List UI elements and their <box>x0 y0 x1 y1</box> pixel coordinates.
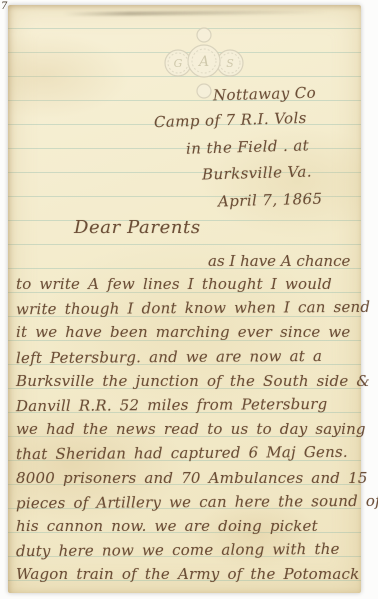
heading-in-the-field: in the Field . at <box>186 136 310 157</box>
body-line: Wagon train of the Army of the Potomack <box>16 565 359 583</box>
salutation: Dear Parents <box>74 217 201 238</box>
opening-line: as I have A chance <box>208 252 350 270</box>
body-line: write though I dont know when I can send <box>16 298 370 318</box>
body-line: left Petersburg. and we are now at a <box>16 347 322 367</box>
body-line: Burksville the junction of the South sid… <box>16 372 370 390</box>
body-line: we had the news read to us to day saying <box>16 420 366 438</box>
body-line: pieces of Artillery we can here the soun… <box>16 492 378 513</box>
heading-town: Burksville Va. <box>202 162 312 183</box>
seal-letter-s: S <box>226 57 234 70</box>
body-line: Danvill R.R. 52 miles from Petersburg <box>16 395 328 415</box>
corner-pencil-mark: 7 <box>1 1 7 12</box>
body-line: his cannon now. we are doing picket <box>16 517 318 535</box>
heading-regiment: Camp of 7 R.I. Vols <box>154 109 307 131</box>
body-line: it we have been marching ever since we <box>16 323 351 341</box>
letter-scan: 7 G A S Nottaway Co Camp of 7 R. <box>0 0 378 599</box>
body-line: that Sheridan had captured 6 Maj Gens. <box>16 443 348 463</box>
seal-letter-g: G <box>174 57 183 70</box>
letter-paper: G A S Nottaway Co Camp of 7 R.I. Vols in… <box>8 5 361 593</box>
heading-date: April 7, 1865 <box>218 190 323 211</box>
body-line: duty here now we come along with the <box>16 540 340 560</box>
seal-letter-a: A <box>197 54 209 70</box>
paper-top-edge-smudge <box>63 10 328 16</box>
heading-place-county: Nottaway Co <box>213 84 317 105</box>
body-line: to write A few lines I thought I would <box>16 275 332 293</box>
body-line: 8000 prisoners and 70 Ambulances and 15 <box>16 469 368 487</box>
